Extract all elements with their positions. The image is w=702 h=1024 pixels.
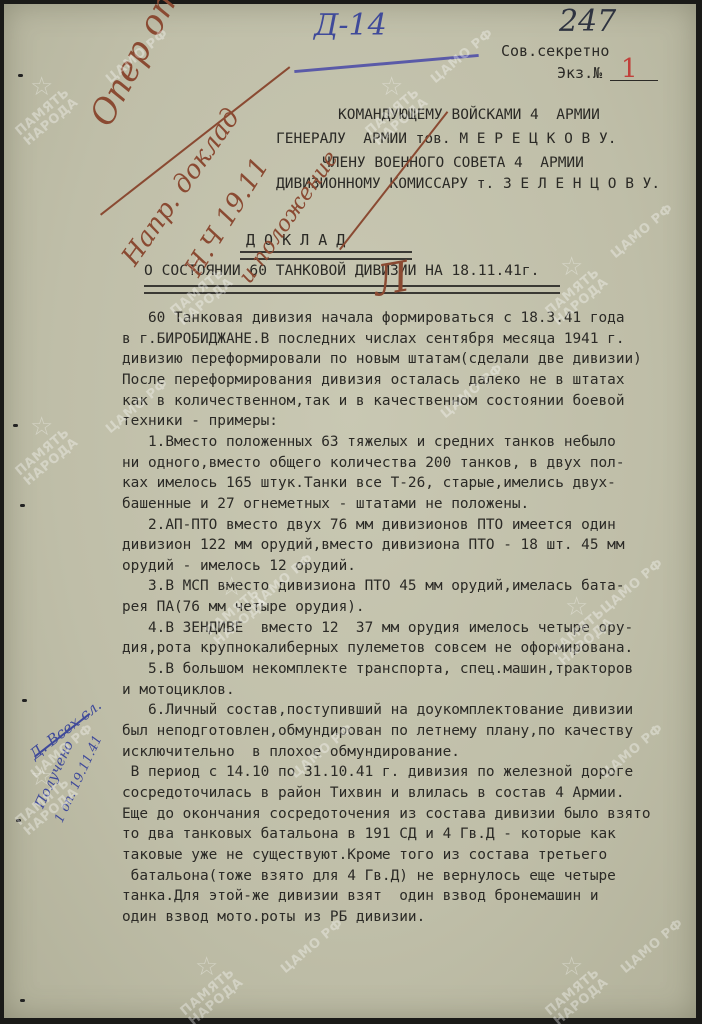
body-line: и мотоциклов. — [122, 682, 235, 698]
archive-watermark: ЦАМО РФ — [438, 361, 506, 422]
body-line: 2.АП-ПТО вместо двух 76 мм дивизионов ПТ… — [122, 517, 616, 533]
page-number: 247 — [559, 4, 616, 39]
body-line: ках имелось 165 штук.Танки все Т-26, ста… — [122, 475, 616, 491]
binding-mark — [20, 504, 25, 507]
addressee-line: ДИВИЗИОННОМУ КОМИССАРУ т. З Е Л Е Н Ц О … — [276, 176, 660, 192]
document-page: 247 Д-14 Сов.секретно Экз.№ 1 КОМАНДУЮЩЕ… — [4, 4, 696, 1018]
secrecy-stamp: Сов.секретно — [501, 42, 609, 60]
body-line: один взвод мото.роты из РБ дивизии. — [122, 909, 425, 925]
body-line: исключительно в плохое обмундирование. — [122, 744, 460, 760]
body-line: был неподготовлен,обмундирован по летнем… — [122, 723, 633, 739]
body-line: танка.Для этой-же дивизии взят один взво… — [122, 888, 599, 904]
file-mark: Д-14 — [314, 8, 387, 43]
body-line: дивизион 122 мм орудий,вместо дивизиона … — [122, 537, 625, 553]
copy-number: 1 — [621, 54, 638, 84]
body-line: как в количественном,так и в качественно… — [122, 393, 625, 409]
body-line: в г.БИРОБИДЖАНЕ.В последних числах сентя… — [122, 331, 625, 347]
body-line: башенные и 27 огнеметных - штатами не по… — [122, 496, 529, 512]
body-line: ни одного,вместо общего количества 200 т… — [122, 455, 625, 471]
body-line: В период с 14.10 по 31.10.41 г. дивизия … — [122, 764, 633, 780]
copy-label: Экз.№ — [557, 64, 602, 82]
resolution-note: Опер отд — [82, 0, 200, 133]
body-line: 5.В большом некомплекте транспорта, спец… — [122, 661, 633, 677]
body-line: таковые уже не существуют.Кроме того из … — [122, 847, 607, 863]
binding-mark — [13, 424, 18, 427]
archive-watermark: ЦАМО РФ — [278, 916, 346, 977]
binding-mark — [22, 699, 27, 702]
body-line: техники - примеры: — [122, 413, 278, 429]
body-line: После переформирования дивизия осталась … — [122, 372, 625, 388]
binding-mark — [20, 999, 25, 1002]
body-line: дивизию переформировали по новым штатам(… — [122, 351, 642, 367]
addressee-line: ЧЛЕНУ ВОЕННОГО СОВЕТА 4 АРМИИ — [322, 155, 584, 171]
addressee-line: ГЕНЕРАЛУ АРМИИ тов. М Е Р Е Ц К О В У. — [276, 131, 616, 147]
body-line: сосредоточилась в район Тихвин и влилась… — [122, 785, 625, 801]
body-line: то два танковых батальона в 191 СД и 4 Г… — [122, 826, 616, 842]
body-line: 4.В ЗЕНДИВЕ вместо 12 37 мм орудия имело… — [122, 620, 633, 636]
body-line: 1.Вместо положенных 63 тяжелых и средних… — [122, 434, 616, 450]
body-line: Еще до окончания сосредоточения из соста… — [122, 806, 651, 822]
body-line: 6.Личный состав,поступивший на доукомпле… — [122, 702, 633, 718]
body-line: батальона(тоже взято для 4 Гв.Д) не верн… — [122, 868, 616, 884]
archive-watermark: ЦАМО РФ — [608, 201, 676, 262]
body-line: 3.В МСП вместо дивизиона ПТО 45 мм оруди… — [122, 578, 625, 594]
archive-watermark: ЦАМО РФ — [618, 916, 686, 977]
binding-mark — [18, 74, 23, 77]
